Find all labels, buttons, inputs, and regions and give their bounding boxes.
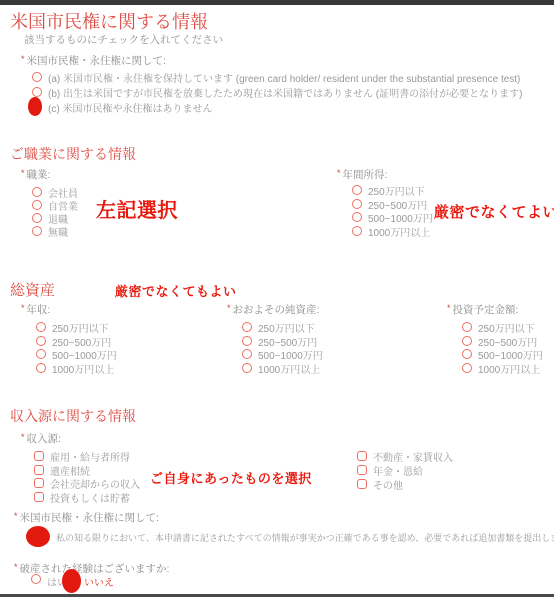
assets-col2-option-0: 250万円以下	[462, 321, 535, 333]
top-border	[0, 0, 554, 5]
income-source-right-0-label: 不動産・家賃収入	[373, 449, 453, 464]
radio-occupation-0-icon[interactable]	[32, 187, 42, 197]
citizenship-option-a: (a) 米国市民権・永住権を保持しています (green card holder…	[32, 71, 520, 83]
annual-income-option-2: 500~1000万円	[352, 211, 433, 223]
required-marker: *	[21, 432, 25, 442]
radio-assets-col1-2-icon[interactable]	[242, 349, 252, 359]
income-source-right-0: 不動産・家賃収入	[357, 450, 453, 462]
radio-assets-col0-0-icon[interactable]	[36, 322, 46, 332]
citizenship-option-c-label: (c) 米国市民権や永住権はありません	[48, 100, 212, 115]
occupation-option-0: 会社員	[32, 186, 78, 198]
checkbox-company-sale-icon[interactable]	[34, 478, 44, 488]
radio-assets-col0-1-icon[interactable]	[36, 336, 46, 346]
radio-citizenship-a-icon[interactable]	[32, 72, 42, 82]
income-source-left-1: 遺産相続	[34, 464, 90, 476]
radio-assets-col2-1-icon[interactable]	[462, 336, 472, 346]
occupation-option-3-label: 無職	[48, 224, 68, 239]
bankruptcy-no-label: いいえ	[84, 574, 114, 589]
bottom-border	[0, 594, 554, 597]
income-source-left-2-label: 会社売却からの収入	[50, 476, 140, 491]
radio-annual-income-3-icon[interactable]	[352, 226, 362, 236]
income-source-left-0-label: 雇用・給与者所得	[50, 449, 130, 464]
annotation-income-approximate: 厳密でなくてよい	[434, 201, 554, 222]
checkbox-declaration-selected-mark[interactable]	[26, 526, 50, 547]
radio-bankruptcy-yes-icon[interactable]	[31, 574, 41, 584]
assets-col1-option-2-label: 500~1000万円	[258, 347, 323, 362]
required-marker: *	[337, 168, 341, 178]
radio-assets-col2-2-icon[interactable]	[462, 349, 472, 359]
citizenship-option-a-label: (a) 米国市民権・永住権を保持しています (green card holder…	[48, 70, 520, 85]
income-source-left-2: 会社売却からの収入	[34, 477, 140, 489]
required-marker: *	[14, 511, 18, 521]
assets-col1-option-3-label: 1000万円以上	[258, 361, 320, 376]
section-title-citizenship: 米国市民権に関する情報	[10, 8, 208, 34]
checkbox-investment-savings-icon[interactable]	[34, 492, 44, 502]
income-source-group-label: *収入源:	[21, 431, 61, 446]
required-marker: *	[21, 54, 25, 64]
annual-income-group-label: *年間所得:	[337, 167, 387, 182]
radio-assets-col2-3-icon[interactable]	[462, 363, 472, 373]
citizenship-option-b: (b) 出生は米国ですが市民権を放棄したため現在は米国籍ではありません (証明書…	[32, 86, 522, 98]
assets-col0-option-1: 250~500万円	[36, 335, 111, 347]
annotation-assets-approximate: 厳密でなくてもよい	[115, 281, 237, 300]
income-source-right-1-label: 年金・恩給	[373, 463, 423, 478]
assets-col0-label: *年収:	[21, 302, 50, 317]
checkbox-other-icon[interactable]	[357, 479, 367, 489]
occupation-option-3: 無職	[32, 225, 68, 237]
assets-col0-option-0-label: 250万円以下	[52, 320, 109, 335]
assets-col1-option-2: 500~1000万円	[242, 348, 323, 360]
annual-income-option-1: 250~500万円	[352, 198, 427, 210]
income-source-left-3: 投資もしくは貯蓄	[34, 491, 130, 503]
assets-col1-label: *おおよその純資産:	[227, 302, 319, 317]
section-title-occupation: ご職業に関する情報	[10, 144, 136, 164]
annual-income-option-3-label: 1000万円以上	[368, 224, 430, 239]
assets-col1-option-3: 1000万円以上	[242, 362, 320, 374]
checkbox-real-estate-icon[interactable]	[357, 451, 367, 461]
assets-col2-option-2-label: 500~1000万円	[478, 347, 543, 362]
required-marker: *	[21, 168, 25, 178]
assets-col1-option-0-label: 250万円以下	[258, 320, 315, 335]
annotation-select-applicable: ご自身にあったものを選択	[150, 468, 312, 487]
citizenship-option-b-label: (b) 出生は米国ですが市民権を放棄したため現在は米国籍ではありません (証明書…	[48, 85, 522, 100]
radio-bankruptcy-no-selected-mark[interactable]	[62, 569, 81, 593]
checkbox-inheritance-icon[interactable]	[34, 465, 44, 475]
radio-annual-income-2-icon[interactable]	[352, 212, 362, 222]
income-source-right-2-label: その他	[373, 477, 403, 492]
checkbox-pension-icon[interactable]	[357, 465, 367, 475]
income-source-right-1: 年金・恩給	[357, 464, 423, 476]
declaration-group-label: *米国市民権・永住権に関して:	[14, 510, 159, 525]
annotation-select-left: 左記選択	[96, 194, 178, 223]
radio-assets-col1-1-icon[interactable]	[242, 336, 252, 346]
application-form-page: 米国市民権に関する情報 該当するものにチェックを入れてください *米国市民権・永…	[0, 0, 554, 600]
radio-assets-col2-0-icon[interactable]	[462, 322, 472, 332]
radio-occupation-2-icon[interactable]	[32, 213, 42, 223]
assets-col2-option-2: 500~1000万円	[462, 348, 543, 360]
occupation-option-1: 自営業	[32, 199, 78, 211]
required-marker: *	[14, 562, 18, 572]
radio-occupation-3-icon[interactable]	[32, 226, 42, 236]
form-instruction: 該当するものにチェックを入れてください	[24, 32, 223, 47]
assets-col1-option-0: 250万円以下	[242, 321, 315, 333]
income-source-left-3-label: 投資もしくは貯蓄	[50, 490, 130, 505]
citizenship-option-c: (c) 米国市民権や永住権はありません	[32, 101, 212, 113]
radio-annual-income-0-icon[interactable]	[352, 185, 362, 195]
assets-col2-option-1: 250~500万円	[462, 335, 537, 347]
radio-occupation-1-icon[interactable]	[32, 200, 42, 210]
assets-col2-option-3-label: 1000万円以上	[478, 361, 540, 376]
required-marker: *	[447, 303, 451, 313]
income-source-right-2: その他	[357, 478, 403, 490]
section-title-income-source: 収入源に関する情報	[10, 406, 136, 426]
radio-assets-col0-3-icon[interactable]	[36, 363, 46, 373]
annual-income-option-2-label: 500~1000万円	[368, 210, 433, 225]
annual-income-option-0-label: 250万円以下	[368, 183, 425, 198]
section-title-assets: 総資産	[10, 279, 55, 300]
assets-col2-label: *投資予定金額:	[447, 302, 518, 317]
assets-col0-option-0: 250万円以下	[36, 321, 109, 333]
assets-col1-option-1: 250~500万円	[242, 335, 317, 347]
declaration-statement: 私の知る限りにおいて、本申請書に記されたすべての情報が事実かつ正確である事を認め…	[56, 531, 554, 544]
citizenship-group-label: *米国市民権・永住権に関して:	[21, 53, 166, 68]
radio-assets-col0-2-icon[interactable]	[36, 349, 46, 359]
required-marker: *	[227, 303, 231, 313]
occupation-group-label: *職業:	[21, 167, 50, 182]
radio-assets-col1-0-icon[interactable]	[242, 322, 252, 332]
radio-annual-income-1-icon[interactable]	[352, 199, 362, 209]
assets-col0-option-2-label: 500~1000万円	[52, 347, 117, 362]
checkbox-employment-icon[interactable]	[34, 451, 44, 461]
required-marker: *	[21, 303, 25, 313]
assets-col2-option-0-label: 250万円以下	[478, 320, 535, 335]
assets-col0-option-3: 1000万円以上	[36, 362, 114, 374]
radio-citizenship-b-icon[interactable]	[32, 87, 42, 97]
annual-income-option-3: 1000万円以上	[352, 225, 430, 237]
income-source-left-0: 雇用・給与者所得	[34, 450, 130, 462]
assets-col2-option-3: 1000万円以上	[462, 362, 540, 374]
radio-assets-col1-3-icon[interactable]	[242, 363, 252, 373]
occupation-option-2: 退職	[32, 212, 68, 224]
radio-citizenship-c-selected-mark[interactable]	[28, 97, 42, 116]
assets-col0-option-3-label: 1000万円以上	[52, 361, 114, 376]
assets-col0-option-2: 500~1000万円	[36, 348, 117, 360]
annual-income-option-0: 250万円以下	[352, 184, 425, 196]
